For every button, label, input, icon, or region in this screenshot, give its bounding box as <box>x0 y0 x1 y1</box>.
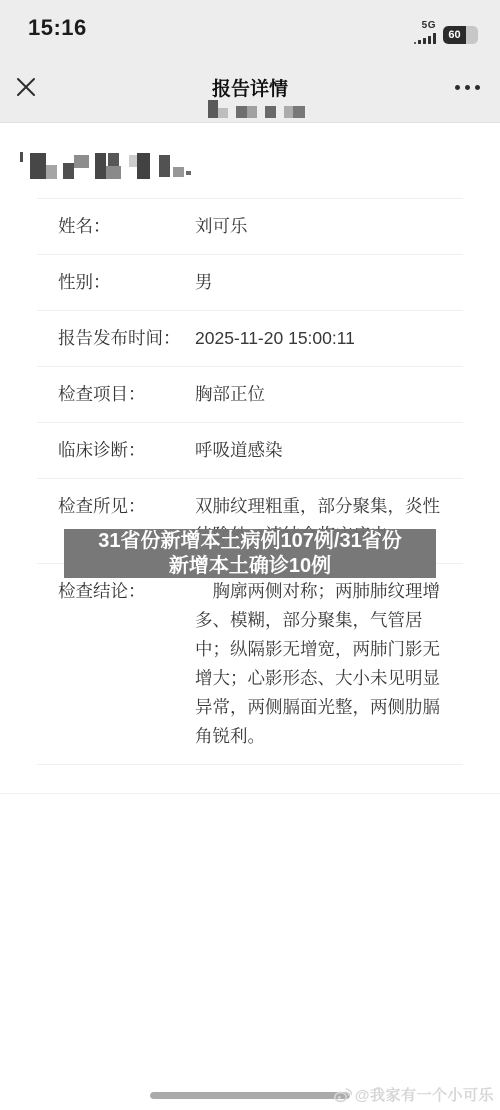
card-bottom-divider <box>0 793 500 794</box>
report-row: 姓名：刘可乐 <box>37 198 463 254</box>
field-label: 临床诊断： <box>58 436 195 465</box>
report-card: 姓名：刘可乐性别：男报告发布时间：2025-11-20 15:00:11检查项目… <box>37 198 463 765</box>
battery-icon: 60 <box>443 26 478 44</box>
news-caption-line2: 新增本土确诊10例 <box>64 554 436 579</box>
field-value: 胸部正位 <box>195 380 447 409</box>
signal-bars-icon <box>414 33 436 44</box>
field-label: 报告发布时间： <box>58 324 195 353</box>
redacted-hospital-name <box>20 151 191 179</box>
field-value: 男 <box>195 268 447 297</box>
page-title: 报告详情 <box>0 74 500 101</box>
home-indicator-bar[interactable] <box>150 1092 350 1099</box>
watermark: @我家有一个小可乐 <box>333 1084 494 1105</box>
field-value: 胸廓两侧对称；两肺肺纹理增多、模糊，部分聚集，气管居中；纵隔影无增宽，两肺门影无… <box>195 577 447 751</box>
battery-level: 60 <box>443 26 466 44</box>
field-value: 2025-11-20 15:00:11 <box>195 324 447 353</box>
more-options-icon[interactable] <box>455 85 480 90</box>
field-label: 检查结论： <box>58 577 195 606</box>
report-row: 报告发布时间：2025-11-20 15:00:11 <box>37 310 463 366</box>
field-label: 姓名： <box>58 212 195 241</box>
field-label: 检查所见： <box>58 492 195 521</box>
network-type-label: 5G <box>422 21 436 31</box>
redacted-subtitle <box>208 100 305 118</box>
field-label: 检查项目： <box>58 380 195 409</box>
top-bar: 15:16 5G 60 报告详情 <box>0 0 500 123</box>
news-caption-overlay: 31省份新增本土病例107例/31省份 新增本土确诊10例 <box>64 529 436 578</box>
report-row: 临床诊断：呼吸道感染 <box>37 422 463 478</box>
signal-icon: 5G <box>414 21 436 44</box>
news-caption-line1: 31省份新增本土病例107例/31省份 <box>64 529 436 554</box>
report-row: 检查结论： 胸廓两侧对称；两肺肺纹理增多、模糊，部分聚集，气管居中；纵隔影无增宽… <box>37 563 463 765</box>
field-value: 刘可乐 <box>195 212 447 241</box>
weibo-icon <box>333 1087 352 1103</box>
field-value: 呼吸道感染 <box>195 436 447 465</box>
report-row: 性别：男 <box>37 254 463 310</box>
status-icons: 5G 60 <box>414 21 478 44</box>
clock-time: 15:16 <box>28 15 87 41</box>
report-row: 检查项目：胸部正位 <box>37 366 463 422</box>
watermark-text: @我家有一个小可乐 <box>355 1084 494 1105</box>
field-label: 性别： <box>58 268 195 297</box>
battery-percent-label: 60 <box>448 29 460 41</box>
